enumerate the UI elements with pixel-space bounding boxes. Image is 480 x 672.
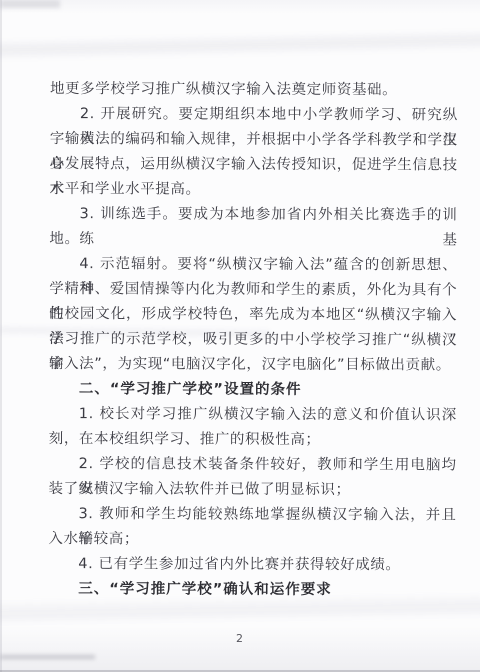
doc-line: 1. 校长对学习推广纵横汉字输入法的意义和价值认识深 [49, 402, 457, 428]
document-text-block: 地更多学校学习推广纵横汉字输入法奠定师资基础。 2. 开展研究。要定期组织本地中… [48, 77, 458, 603]
doc-line: 学精神、爱国情操等内化为教师和学生的素质，外化为具有个性 [49, 277, 457, 303]
doc-line: 3. 教师和学生均能较熟练地掌握纵横汉字输入法，并且输 [48, 502, 456, 528]
scanned-paper-page: 地更多学校学习推广纵横汉字输入法奠定师资基础。 2. 开展研究。要定期组织本地中… [0, 0, 480, 672]
doc-line: 学习推广的示范学校，吸引更多的中小学校学习推广“纵横汉字 [49, 327, 457, 353]
doc-line: 3. 训练选手。要成为本地参加省内外相关比赛选手的训练基 [49, 202, 457, 228]
section-heading-2: 二、“学习推广学校”设置的条件 [49, 377, 457, 403]
doc-line: 输入法”，为实现“电脑汉字化，汉字电脑化”目标做出贡献。 [49, 352, 457, 378]
doc-line: 心发展特点，运用纵横汉字输入法传授知识，促进学生信息技术 [50, 152, 458, 178]
doc-line: 的校园文化，形成学校特色，率先成为本地区“纵横汉字输入法” [49, 302, 457, 328]
paper-crease-top [0, 29, 480, 62]
doc-line: 地更多学校学习推广纵横汉字输入法奠定师资基础。 [50, 77, 458, 103]
doc-line: 2. 开展研究。要定期组织本地中小学教师学习、研究纵横汉 [50, 102, 458, 128]
scan-edge-left [0, 0, 2, 672]
doc-line: 水平和学业水平提高。 [50, 177, 458, 203]
doc-line: 4. 已有学生参加过省内外比赛并获得较好成绩。 [48, 552, 456, 578]
doc-line: 刻，在本校组织学习、推广的积极性高； [49, 427, 457, 453]
page-number: 2 [0, 632, 480, 645]
doc-line: 2. 学校的信息技术装备条件较好，教师和学生用电脑均安 [49, 452, 457, 478]
doc-line: 装了纵横汉字输入法软件并已做了明显标识； [49, 477, 457, 503]
doc-line: 入水平较高； [48, 527, 456, 553]
section-heading-3: 三、“学习推广学校”确认和运作要求 [48, 577, 456, 603]
scan-smudge-bottom-left [0, 655, 95, 659]
scan-smudge-top-left [0, 0, 60, 8]
doc-line: 4. 示范辐射。要将“纵横汉字输入法”蕴含的创新思想、科 [49, 252, 457, 278]
doc-line: 字输入法的编码和输入规律，并根据中小学各学科教学和学生身 [50, 127, 458, 153]
